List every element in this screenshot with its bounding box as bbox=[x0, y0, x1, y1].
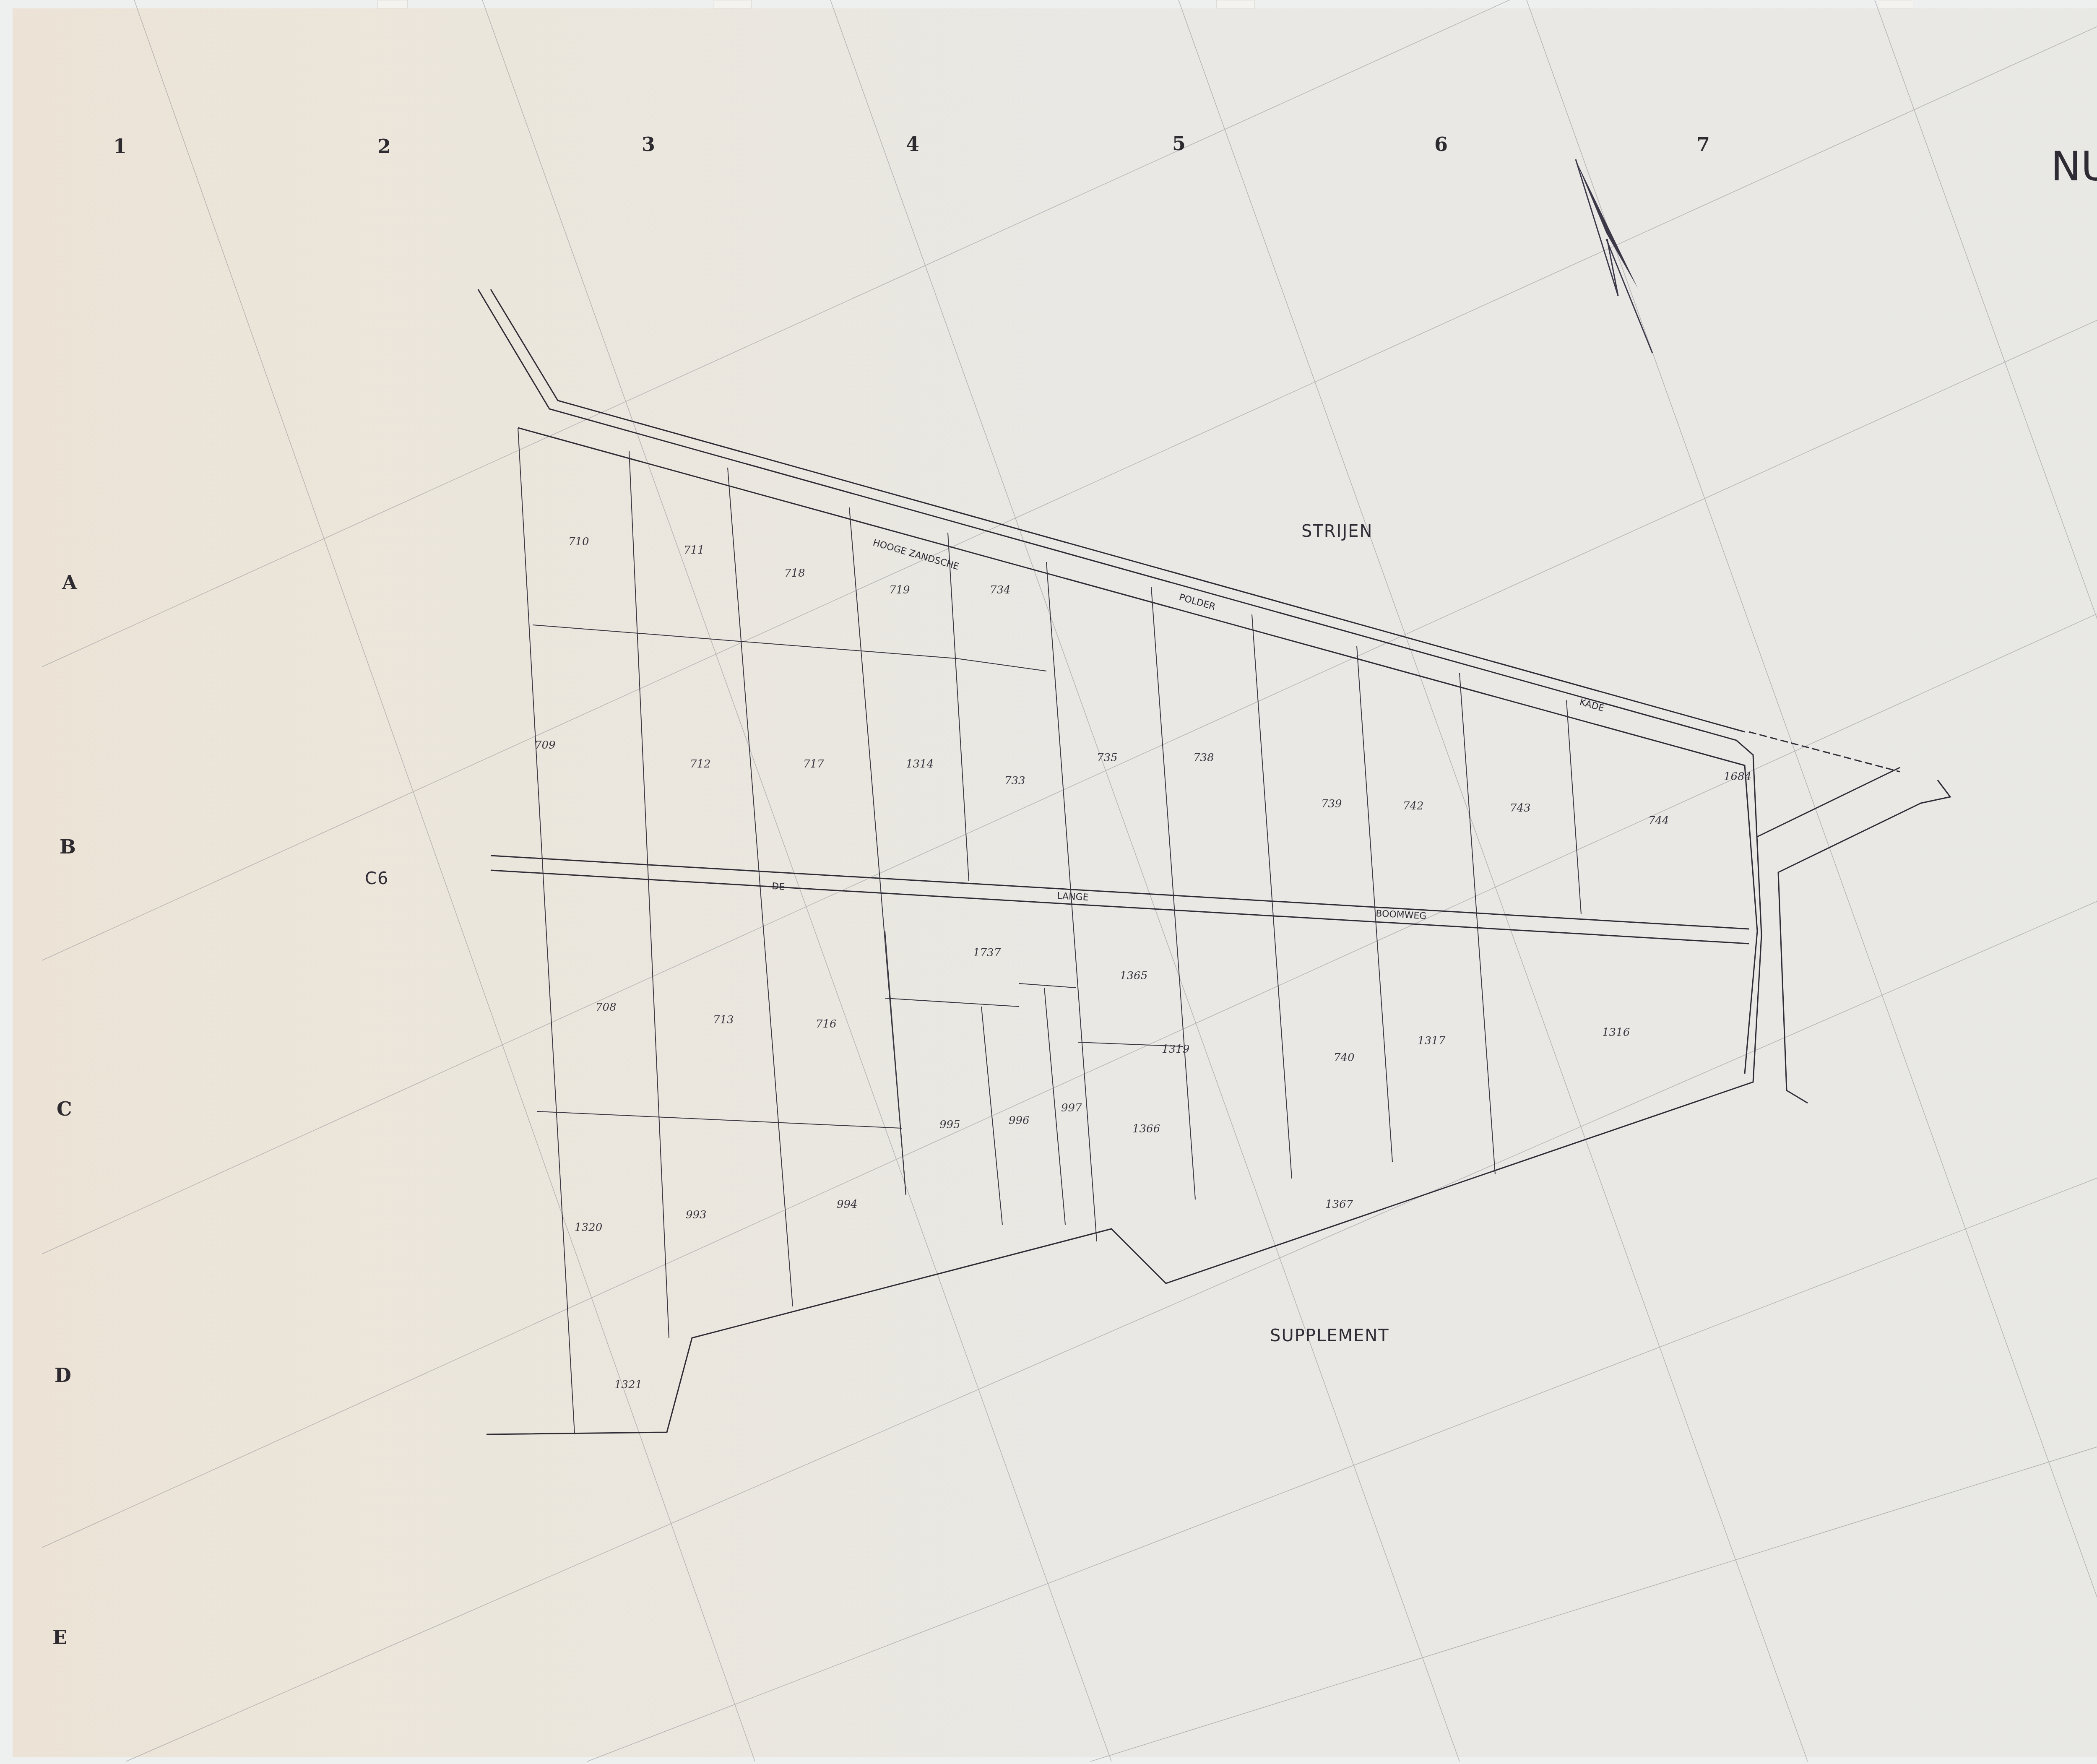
road-label-boomweg: BOOMWEG bbox=[1376, 908, 1427, 921]
area-supplement: SUPPLEMENT bbox=[1270, 1326, 1389, 1345]
parcel-number: 718 bbox=[784, 567, 805, 580]
grid-col-1: 1 bbox=[113, 135, 127, 158]
parcel-number: 743 bbox=[1510, 802, 1531, 814]
parcel-number: 1314 bbox=[906, 758, 934, 770]
parcel-number: 712 bbox=[690, 758, 711, 770]
parcel-number: 740 bbox=[1334, 1051, 1355, 1064]
parcel-number: 708 bbox=[596, 1001, 617, 1014]
parcel-number: 1365 bbox=[1120, 970, 1147, 982]
parcel-number: 1316 bbox=[1602, 1026, 1630, 1039]
parcel-number: 709 bbox=[535, 739, 556, 752]
parcel-number: 1321 bbox=[614, 1379, 642, 1391]
parcel-number: 1320 bbox=[575, 1221, 602, 1234]
road-label-lange: LANGE bbox=[1057, 891, 1089, 903]
parcel-number: 735 bbox=[1097, 752, 1118, 764]
grid-col-2: 2 bbox=[377, 135, 391, 158]
parcel-number: 1684 bbox=[1724, 770, 1751, 783]
road-label-de: DE bbox=[772, 881, 785, 892]
parcel-number: 717 bbox=[803, 758, 824, 770]
grid-row-d: D bbox=[55, 1364, 71, 1387]
parcel-number: 994 bbox=[837, 1198, 858, 1211]
parcel-number: 1367 bbox=[1325, 1198, 1353, 1211]
grid-col-4: 4 bbox=[906, 133, 919, 156]
parcel-number: 1366 bbox=[1132, 1123, 1160, 1135]
grid-row-labels: A B C D E bbox=[52, 571, 78, 1649]
grid-col-7: 7 bbox=[1696, 133, 1710, 156]
grid-row-e: E bbox=[52, 1626, 67, 1649]
parcel-number: 1319 bbox=[1162, 1043, 1189, 1056]
parcel-number: 996 bbox=[1009, 1114, 1030, 1127]
grid-col-5: 5 bbox=[1172, 132, 1186, 155]
parcel-number: 993 bbox=[686, 1209, 707, 1221]
grid-col-3: 3 bbox=[642, 133, 655, 156]
parcel-number: 713 bbox=[713, 1014, 734, 1026]
grid-row-a: A bbox=[62, 571, 78, 594]
coordinate-grid bbox=[42, 0, 2097, 1761]
parcel-number: 1317 bbox=[1418, 1035, 1446, 1047]
grid-column-labels: 1 2 3 4 5 6 7 bbox=[113, 132, 1710, 158]
grid-col-6: 6 bbox=[1434, 133, 1448, 156]
parcel-number: 742 bbox=[1403, 800, 1424, 812]
parcel-number: 734 bbox=[990, 584, 1011, 596]
cadastral-map: 1 2 3 4 5 6 7 A B C D E DORDRECHT 8 NOV.… bbox=[0, 0, 2097, 1764]
parcel-number: 739 bbox=[1321, 798, 1342, 810]
polder-boundary bbox=[478, 289, 1950, 1434]
parcel-number: 997 bbox=[1061, 1102, 1082, 1114]
parcel-number: 733 bbox=[1004, 775, 1025, 787]
parcel-number: 738 bbox=[1193, 752, 1214, 764]
road-label-polder: POLDER bbox=[1178, 592, 1216, 613]
grid-row-c: C bbox=[57, 1098, 72, 1120]
parcel-number: 995 bbox=[939, 1119, 960, 1131]
parcel-number: 710 bbox=[568, 536, 589, 548]
parcel-numbers: 710 711 718 719 734 709 712 717 1314 733… bbox=[535, 536, 1751, 1391]
north-arrow-icon bbox=[1574, 157, 1652, 353]
parcel-lines bbox=[518, 428, 1581, 1434]
parcel-number: 744 bbox=[1648, 814, 1669, 827]
grid-row-b: B bbox=[60, 835, 76, 858]
parcel-number: 716 bbox=[816, 1018, 837, 1030]
parcel-number: 719 bbox=[889, 584, 910, 596]
map-title: NUMANSDORP C7 bbox=[2051, 143, 2097, 190]
road-label-hooge-zandsche: HOOGE ZANDSCHE bbox=[872, 538, 960, 572]
adjacent-sheet-c6: C6 bbox=[365, 869, 389, 888]
area-strijen: STRIJEN bbox=[1301, 522, 1373, 541]
parcel-number: 711 bbox=[684, 544, 705, 557]
parcel-number: 1737 bbox=[973, 947, 1001, 959]
boomweg-road bbox=[491, 856, 1749, 944]
